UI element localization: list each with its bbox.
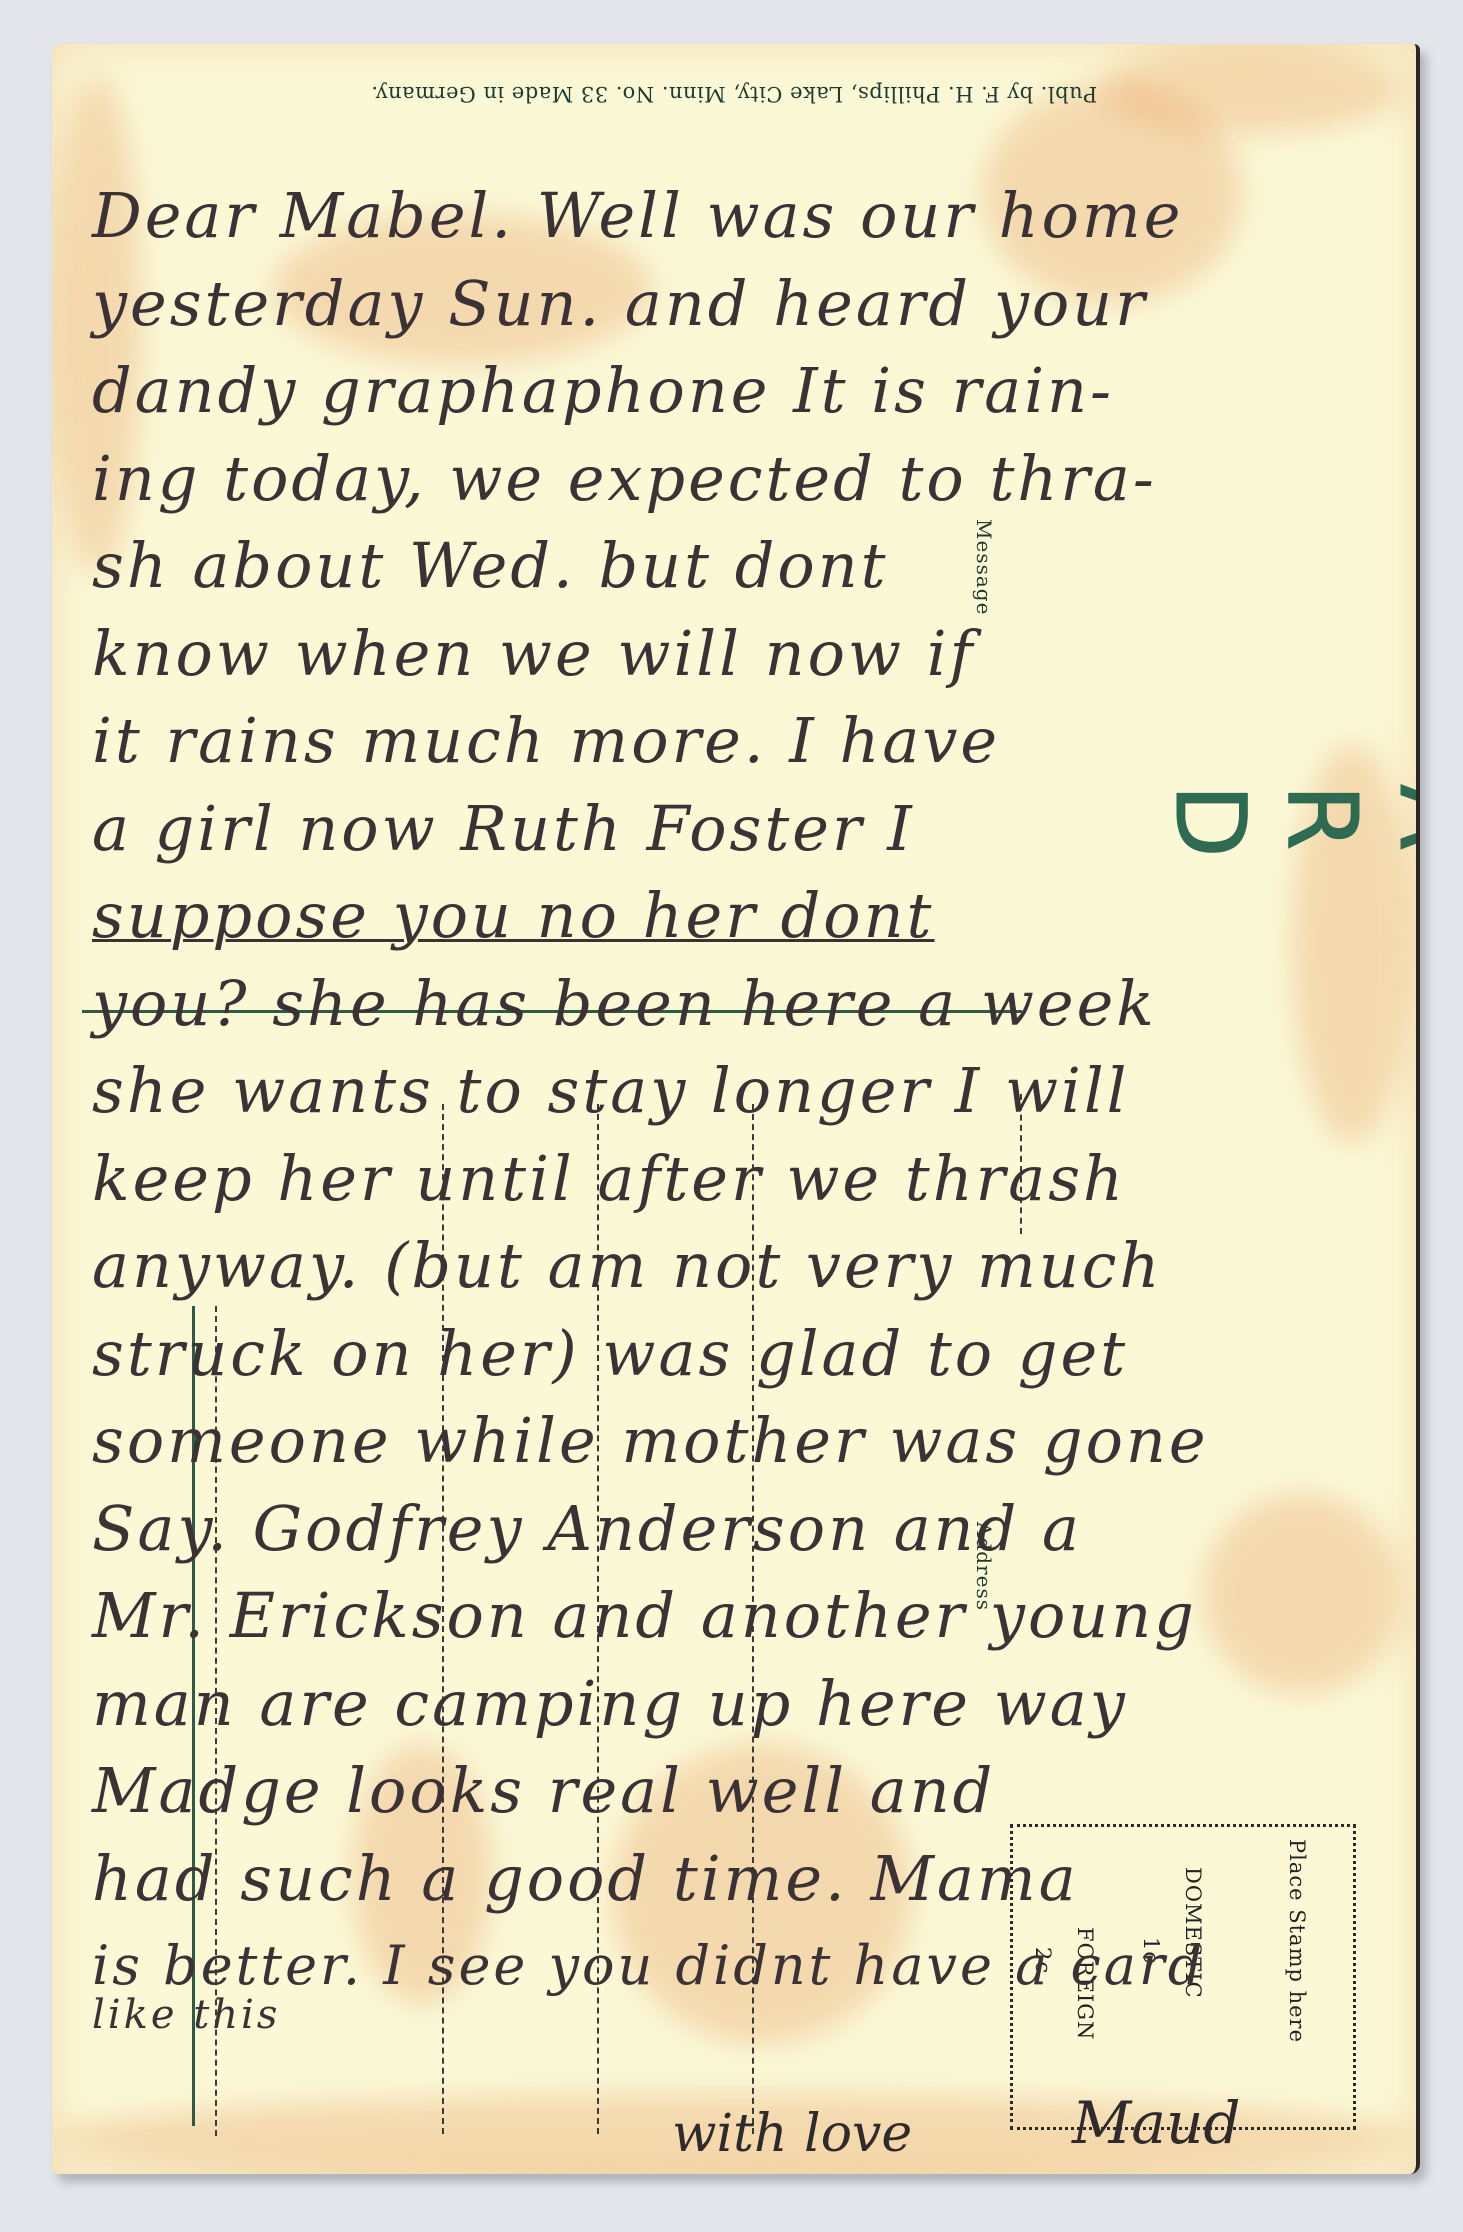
message-line: sh about Wed. but dont xyxy=(92,522,1412,610)
message-line: yesterday Sun. and heard your xyxy=(92,260,1412,348)
postcard-back: Publ. by F. H. Phillips, Lake City, Minn… xyxy=(52,44,1420,2174)
message-line: Mr. Erickson and another young xyxy=(92,1572,1412,1660)
publisher-imprint: Publ. by F. H. Phillips, Lake City, Minn… xyxy=(52,82,1416,106)
message-line: a girl now Ruth Foster I xyxy=(92,785,1412,873)
handwritten-message: Dear Mabel. Well was our home yesterday … xyxy=(92,172,1412,2040)
closing: with love xyxy=(672,2104,912,2164)
message-line: ing today, we expected to thra- xyxy=(92,435,1412,523)
message-line: she wants to stay longer I will xyxy=(92,1047,1412,1135)
message-line: Dear Mabel. Well was our home xyxy=(92,172,1412,260)
message-line: keep her until after we thrash xyxy=(92,1135,1412,1223)
message-line: man are camping up here way xyxy=(92,1660,1412,1748)
message-line: Madge looks real well and xyxy=(92,1747,1412,1835)
message-line: it rains much more. I have xyxy=(92,697,1412,785)
message-line: Say. Godfrey Anderson and a xyxy=(92,1485,1412,1573)
message-line: dandy graphaphone It is rain- xyxy=(92,347,1412,435)
message-line: struck on her) was glad to get xyxy=(92,1310,1412,1398)
message-line: had such a good time. Mama xyxy=(92,1835,1412,1923)
message-line: suppose you no her dont xyxy=(92,872,1412,960)
message-line: you? she has been here a week xyxy=(92,960,1412,1048)
message-line: know when we will now if xyxy=(92,610,1412,698)
message-line: someone while mother was gone xyxy=(92,1397,1412,1485)
signature: Maud xyxy=(1072,2089,1240,2157)
message-line: anyway. (but am not very much xyxy=(92,1222,1412,1310)
